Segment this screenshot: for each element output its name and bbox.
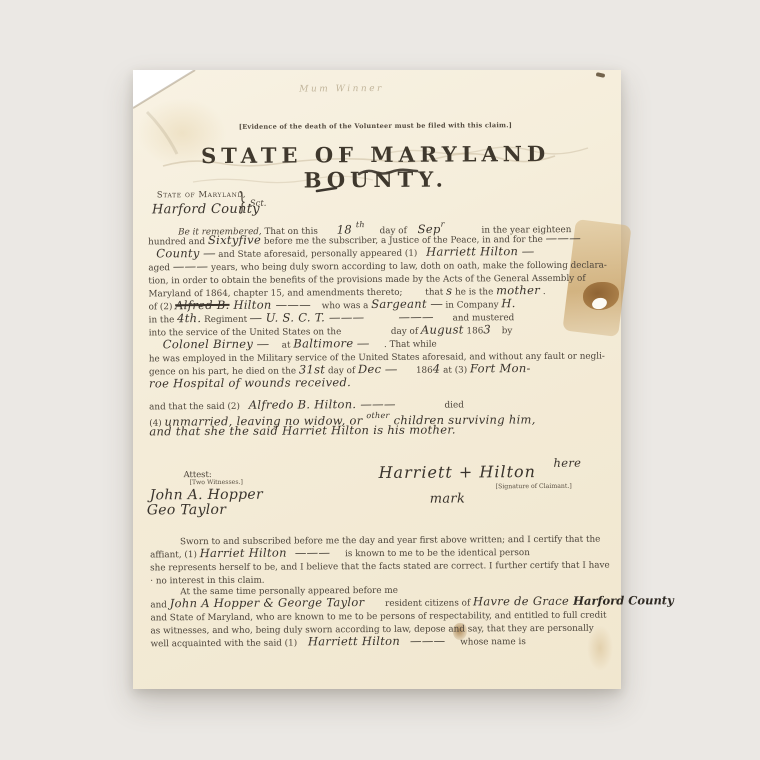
document-title: STATE OF MARYLAND BOUNTY. — [132, 141, 620, 194]
handwritten-text: here — [553, 456, 581, 470]
printed-text: 186 — [413, 366, 433, 376]
printed-text: whose name is — [457, 637, 525, 647]
blank-space — [148, 256, 156, 257]
mark-here-label: here — [553, 452, 581, 471]
mark-word-label: mark — [430, 487, 465, 506]
document-paper: Mum Winner [Evidence of the death of the… — [133, 70, 621, 689]
blank-space — [269, 347, 279, 348]
blank-space — [434, 320, 450, 321]
signature-of-claimant-label: [Signature of Claimant.] — [496, 483, 572, 490]
handwritten-text: Harriett Hilton — [308, 634, 400, 649]
pencil-annotation: Mum Winner — [299, 84, 384, 95]
document-text-line: and that she the said Harriet Hilton is … — [149, 421, 611, 437]
declaration-paragraph: Be it remembered, That on this 18 th day… — [148, 217, 611, 389]
handwritten-text: mark — [430, 491, 465, 506]
witness-certification-paragraph: At the same time personally appeared bef… — [150, 580, 612, 648]
blank-space — [287, 556, 295, 557]
printed-text: by — [499, 326, 512, 336]
printed-text: at (3) — [440, 365, 470, 375]
handwritten-text: ——— — [546, 231, 581, 245]
printed-text: well acquainted with the said (1) — [151, 638, 300, 649]
blank-space — [149, 347, 163, 348]
printed-text: . — [540, 287, 546, 297]
handwritten-text: and that she the said Harriet Hilton is … — [149, 423, 456, 439]
witness-signature-2: Geo Taylor — [147, 499, 227, 518]
handwritten-text: roe Hospital of wounds received. — [149, 375, 351, 390]
sct-label: Sct. — [250, 198, 267, 208]
handwritten-text: Harriett + Hilton — [379, 462, 536, 482]
document-text-line: she represents herself to be, and I beli… — [150, 556, 612, 572]
photo-background: Mum Winner [Evidence of the death of the… — [0, 0, 760, 760]
handwritten-text: th — [356, 220, 365, 229]
notary-certification-paragraph: Sworn to and subscribed before me the da… — [150, 530, 612, 585]
blank-space — [330, 555, 342, 556]
handwritten-text: Fort Mon- — [470, 361, 531, 375]
blank-space — [397, 372, 413, 373]
document-content: Mum Winner [Evidence of the death of the… — [131, 69, 623, 691]
claimant-signature: Harriett + Hilton — [379, 462, 536, 482]
handwritten-text: r — [441, 220, 445, 229]
printed-text: 186 — [464, 326, 484, 336]
brace-glyph: } — [238, 189, 246, 218]
blank-space — [364, 320, 398, 321]
heir-statement-paragraph: and that the said (2) Alfredo B. Hilton.… — [149, 395, 611, 437]
handwritten-text: other — [366, 411, 389, 420]
blank-space — [400, 644, 410, 645]
blank-space — [445, 644, 457, 645]
handwritten-text: Dec ― — [358, 362, 397, 376]
filing-notice: [Evidence of the death of the Volunteer … — [131, 121, 619, 132]
blank-space — [369, 346, 381, 347]
blank-space — [364, 605, 382, 606]
handwritten-text: ——— — [410, 634, 445, 648]
attest-label: Attest: — [184, 469, 212, 479]
handwritten-text: Geo Taylor — [147, 502, 227, 518]
blank-space — [402, 294, 422, 295]
handwritten-text: 3 — [483, 322, 491, 336]
